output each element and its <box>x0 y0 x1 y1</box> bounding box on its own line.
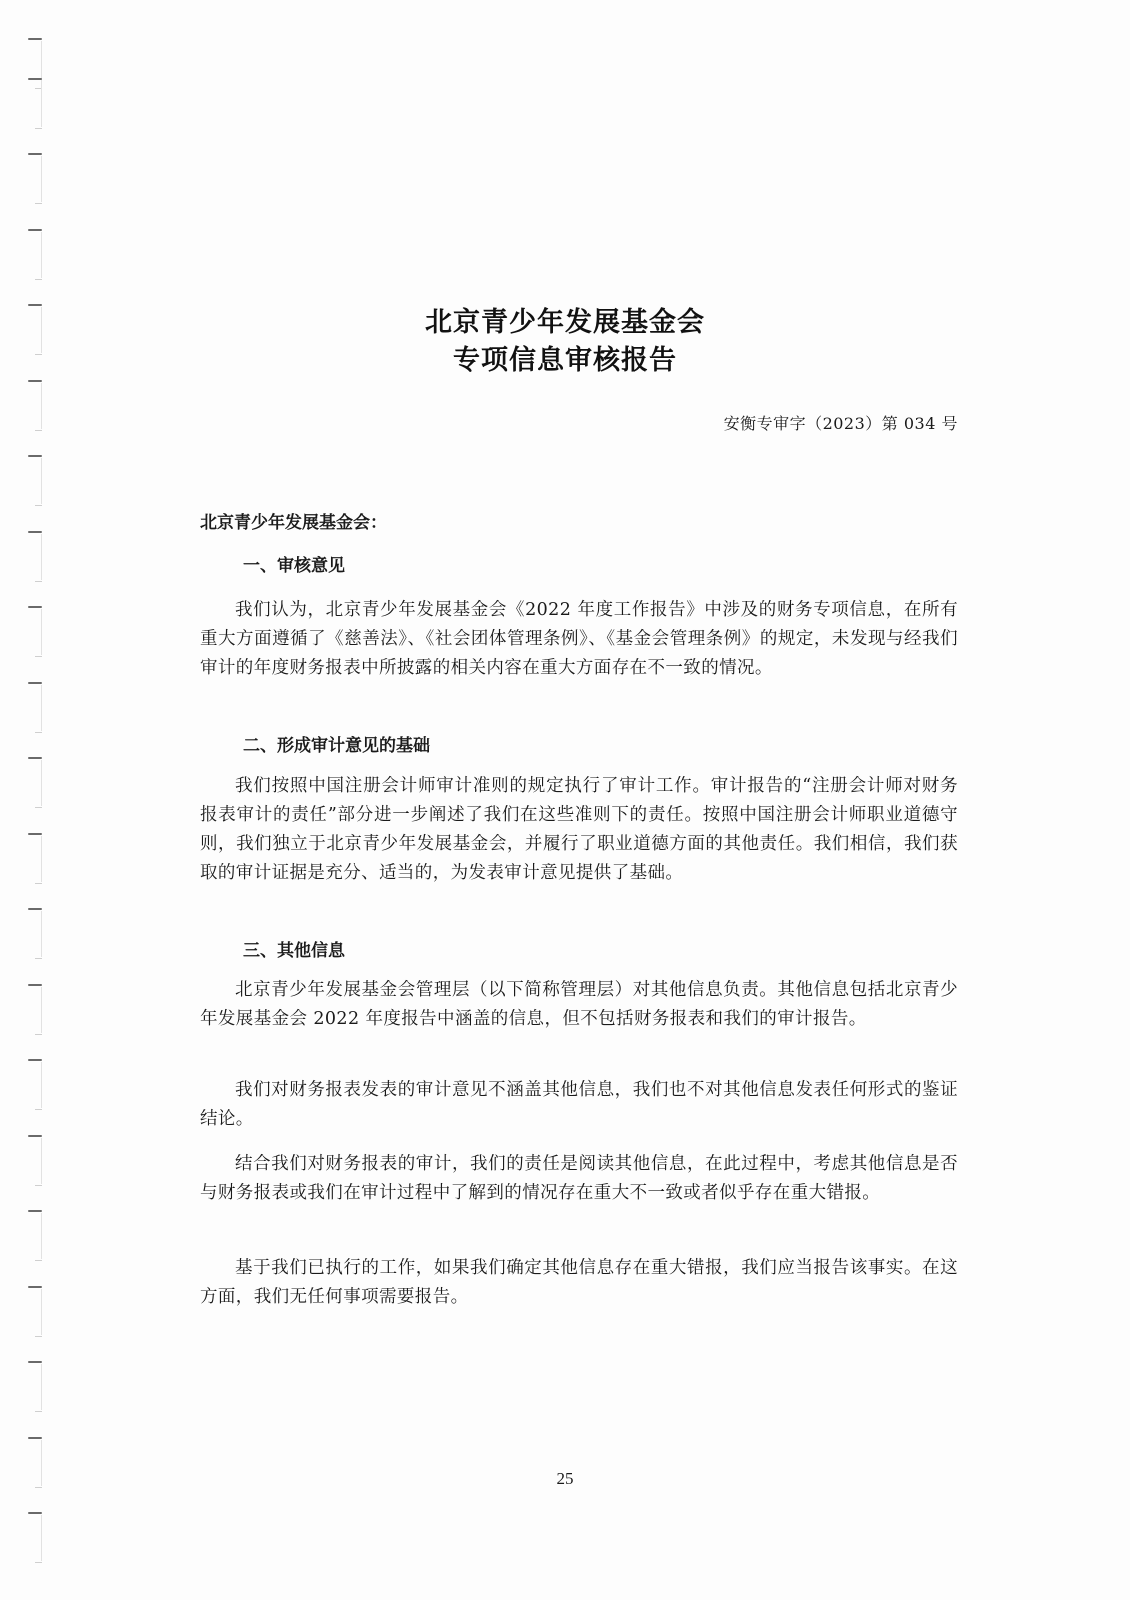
binding-hole-mark <box>28 1361 44 1417</box>
binding-hole-mark <box>28 1059 44 1115</box>
paragraph-other-info-reporting: 基于我们已执行的工作，如果我们确定其他信息存在重大错报，我们应当报告该事实。在这… <box>200 1254 958 1312</box>
binding-hole-mark <box>28 1286 44 1342</box>
report-title-organization: 北京青少年发展基金会 <box>0 300 1130 339</box>
binding-margin <box>0 0 60 1600</box>
binding-hole-mark <box>28 606 44 662</box>
binding-hole-mark <box>28 78 44 134</box>
paragraph-audit-opinion: 我们认为，北京青少年发展基金会《2022 年度工作报告》中涉及的财务专项信息，在… <box>200 596 958 683</box>
document-number: 安衡专审字（2023）第 034 号 <box>724 411 958 434</box>
paragraph-other-info-no-assurance: 我们对财务报表发表的审计意见不涵盖其他信息，我们也不对其他信息发表任何形式的鉴证… <box>200 1076 958 1134</box>
binding-hole-mark <box>28 984 44 1040</box>
binding-hole-mark <box>28 833 44 889</box>
binding-hole-mark <box>28 908 44 964</box>
binding-hole-mark <box>28 380 44 436</box>
section-heading-basis-for-opinion: 二、形成审计意见的基础 <box>243 731 430 756</box>
report-title-type: 专项信息审核报告 <box>0 338 1130 377</box>
binding-hole-mark <box>28 455 44 511</box>
paragraph-other-info-responsibility: 北京青少年发展基金会管理层（以下简称管理层）对其他信息负责。其他信息包括北京青少… <box>200 976 958 1034</box>
binding-hole-mark <box>28 531 44 587</box>
binding-hole-mark <box>28 229 44 285</box>
binding-hole-mark <box>28 757 44 813</box>
section-heading-other-information: 三、其他信息 <box>243 936 345 961</box>
paragraph-basis-for-opinion: 我们按照中国注册会计师审计准则的规定执行了审计工作。审计报告的“注册会计师对财务… <box>200 772 958 888</box>
section-heading-audit-opinion: 一、审核意见 <box>243 551 345 576</box>
binding-hole-mark <box>28 1210 44 1266</box>
addressee: 北京青少年发展基金会： <box>200 508 387 533</box>
binding-hole-mark <box>28 1512 44 1568</box>
binding-hole-mark <box>28 1135 44 1191</box>
page-number: 25 <box>0 1469 1130 1489</box>
binding-hole-mark <box>28 153 44 209</box>
paragraph-other-info-reading-duty: 结合我们对财务报表的审计，我们的责任是阅读其他信息，在此过程中，考虑其他信息是否… <box>200 1150 958 1208</box>
binding-hole-mark <box>28 682 44 738</box>
